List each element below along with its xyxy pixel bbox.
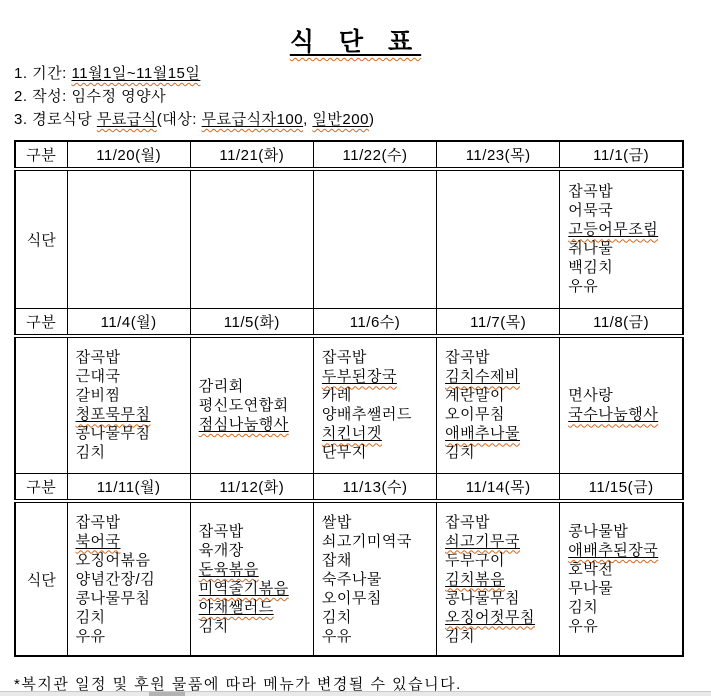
menu-item: 고등어무조림: [568, 220, 678, 239]
table-header-row: 구분11/20(월)11/21(화)11/22(수)11/23(목)11/1(금…: [15, 141, 683, 169]
corner-header-cell: 구분: [15, 141, 67, 169]
text: 카레: [322, 387, 352, 404]
menu-item: 잡곡밥: [445, 513, 555, 532]
text: 오징어볶음: [76, 552, 151, 569]
text: 3. 경로식당: [14, 111, 97, 128]
date-header-cell: 11/14(목): [437, 473, 560, 501]
underlined-text: 무료급식: [97, 111, 157, 128]
menu-row: 식단잡곡밥어묵국고등어무조림취나물백김치우유: [15, 169, 683, 308]
underlined-text: 두부된장국: [322, 368, 397, 385]
menu-item: 우유: [76, 627, 186, 646]
text: 어묵국: [568, 202, 613, 219]
date-header-cell: 11/21(화): [190, 141, 313, 169]
text: 잡곡밥: [322, 349, 367, 366]
note-line: 1. 기간: 11월1일~11월15일: [14, 62, 374, 85]
text: 오이무침: [322, 590, 382, 607]
menu-item: 카레: [322, 386, 432, 405]
date-header-cell: 11/4(월): [67, 308, 190, 336]
menu-item: 콩나물무침: [76, 424, 186, 443]
underlined-text: 치킨너겟: [322, 425, 382, 442]
date-header-cell: 11/7(목): [437, 308, 560, 336]
menu-cell: 잡곡밥근대국갈비찜청포묵무침콩나물무침김치: [67, 336, 190, 473]
menu-item: 김치수제비: [445, 367, 555, 386]
menu-cell: 잡곡밥쇠고기무국두부구이김치볶음콩나물무침오징어젓무침김치: [437, 501, 560, 656]
text: 백김치: [568, 259, 613, 276]
table-header-row: 구분11/4(월)11/5(화)11/6수)11/7(목)11/8(금): [15, 308, 683, 336]
menu-item: 갈비찜: [76, 386, 186, 405]
menu-cell: 면사랑국수나눔행사: [560, 336, 683, 473]
corner-header-cell: 구분: [15, 308, 67, 336]
row-label-cell: 식단: [15, 169, 67, 308]
corner-header-cell: 구분: [15, 473, 67, 501]
text: 잡곡밥: [76, 514, 121, 531]
menu-item: 양배추쌜러드: [322, 405, 432, 424]
menu-item: 잡곡밥: [322, 348, 432, 367]
text: 2. 작성: 임수정 영양사: [14, 88, 166, 105]
menu-item: 우유: [568, 617, 678, 636]
menu-item: 어묵국: [568, 201, 678, 220]
menu-item: 평신도연합회: [199, 396, 309, 415]
text: 1. 기간:: [14, 65, 72, 82]
menu-item: 김치: [445, 627, 555, 646]
text: 우유: [76, 628, 106, 645]
text: 김치: [322, 609, 352, 626]
menu-cell: 잡곡밥김치수제비계란말이오이무침애배추나물김치: [437, 336, 560, 473]
text: 잡곡밥: [568, 183, 613, 200]
menu-item: 오징어젓무침: [445, 608, 555, 627]
text: 양배추쌜러드: [322, 406, 412, 423]
date-header-cell: 11/13(수): [313, 473, 436, 501]
underlined-text: 오징어젓무침: [445, 609, 535, 626]
text: 우유: [568, 278, 598, 295]
menu-item: 백김치: [568, 258, 678, 277]
menu-item: 점심나눔행사: [199, 415, 309, 434]
menu-cell: 잡곡밥북어국오징어볶음양념간장/김콩나물무침김치우유: [67, 501, 190, 656]
menu-item: 육개장: [199, 541, 309, 560]
text: 근대국: [76, 368, 121, 385]
text: 잡곡밥: [199, 523, 244, 540]
text: 두부구이: [445, 552, 505, 569]
menu-item: 오이무침: [322, 589, 432, 608]
menu-item: 치킨너겟: [322, 424, 432, 443]
menu-item: 잡곡밥: [445, 348, 555, 367]
menu-item: 오징어볶음: [76, 551, 186, 570]
date-header-cell: 11/23(목): [437, 141, 560, 169]
text: 콩나물무침: [445, 590, 520, 607]
menu-item: 근대국: [76, 367, 186, 386]
date-header-cell: 11/12(화): [190, 473, 313, 501]
text: 단무지: [322, 444, 367, 461]
menu-item: 우유: [568, 277, 678, 296]
menu-item: 숙주나물: [322, 570, 432, 589]
text: 우유: [568, 618, 598, 635]
menu-row: 식단잡곡밥북어국오징어볶음양념간장/김콩나물무침김치우유잡곡밥육개장돈육볶음미역…: [15, 501, 683, 656]
menu-item: 김치: [76, 443, 186, 462]
menu-cell: [190, 169, 313, 308]
menu-item: 잡곡밥: [76, 348, 186, 367]
date-header-cell: 11/15(금): [560, 473, 683, 501]
date-header-cell: 11/20(월): [67, 141, 190, 169]
menu-item: 잡곡밥: [76, 513, 186, 532]
menu-item: 단무지: [322, 443, 432, 462]
menu-cell: [67, 169, 190, 308]
text: 호박전: [568, 561, 613, 578]
underlined-text: 애배추된장국: [568, 542, 658, 559]
menu-item: 김치: [322, 608, 432, 627]
menu-item: 잡곡밥: [568, 182, 678, 201]
text: 평신도연합회: [199, 397, 289, 414]
text: 김치: [76, 444, 106, 461]
text: 쌀밥: [322, 514, 352, 531]
menu-item: 야채쌜러드: [199, 598, 309, 617]
date-header-cell: 11/22(수): [313, 141, 436, 169]
menu-item: 두부된장국: [322, 367, 432, 386]
menu-item: 면사랑: [568, 386, 678, 405]
text: 잡곡밥: [445, 349, 490, 366]
menu-item: 쇠고기미역국: [322, 532, 432, 551]
menu-item: 애배추된장국: [568, 541, 678, 560]
date-header-cell: 11/5(화): [190, 308, 313, 336]
date-header-cell: 11/8(금): [560, 308, 683, 336]
page-title-wrap: 식 단 표: [0, 22, 711, 58]
text: 갈비찜: [76, 387, 121, 404]
text: 우유: [322, 628, 352, 645]
document-page: 식 단 표 1. 기간: 11월1일~11월15일2. 작성: 임수정 영양사3…: [0, 0, 711, 696]
menu-row: 잡곡밥근대국갈비찜청포묵무침콩나물무침김치감리회평신도연합회점심나눔행사잡곡밥두…: [15, 336, 683, 473]
text: 콩나물밥: [568, 523, 628, 540]
underlined-text: 고등어무조림: [568, 221, 658, 238]
text: 면사랑: [568, 387, 613, 404]
text: 감리회: [199, 378, 244, 395]
underlined-text: 미역줄기볶음: [199, 580, 289, 597]
text: 김치: [199, 618, 229, 635]
menu-cell: 잡곡밥육개장돈육볶음미역줄기볶음야채쌜러드김치: [190, 501, 313, 656]
underlined-text: 북어국: [76, 533, 121, 550]
text: 무나물: [568, 580, 613, 597]
table-header-row: 구분11/11(월)11/12(화)11/13(수)11/14(목)11/15(…: [15, 473, 683, 501]
menu-item: 김치: [199, 617, 309, 636]
menu-item: 취나물: [568, 239, 678, 258]
window-bottom-edge: [0, 691, 711, 696]
underlined-text: 청포묵무침: [76, 406, 151, 423]
menu-table-wrap: 구분11/20(월)11/21(화)11/22(수)11/23(목)11/1(금…: [14, 140, 684, 657]
menu-item: 두부구이: [445, 551, 555, 570]
menu-item: 돈육볶음: [199, 560, 309, 579]
menu-item: 김치: [445, 443, 555, 462]
menu-cell: 감리회평신도연합회점심나눔행사: [190, 336, 313, 473]
menu-item: 김치: [568, 598, 678, 617]
menu-cell: [313, 169, 436, 308]
menu-item: 호박전: [568, 560, 678, 579]
menu-item: 오이무침: [445, 405, 555, 424]
date-header-cell: 11/6수): [313, 308, 436, 336]
underlined-text: 돈육볶음: [199, 561, 259, 578]
menu-item: 청포묵무침: [76, 405, 186, 424]
menu-cell: 쌀밥쇠고기미역국잡채숙주나물오이무침김치우유: [313, 501, 436, 656]
menu-item: 잡채: [322, 551, 432, 570]
menu-cell: 콩나물밥애배추된장국호박전무나물김치우유: [560, 501, 683, 656]
date-header-cell: 11/1(금): [560, 141, 683, 169]
text: 김치: [568, 599, 598, 616]
menu-item: 콩나물밥: [568, 522, 678, 541]
menu-item: 김치: [76, 608, 186, 627]
underlined-text: 쇠고기무국: [445, 533, 520, 550]
underlined-text: 김치볶음: [445, 571, 505, 588]
menu-item: 계란말이: [445, 386, 555, 405]
note-line: 3. 경로식당 무료급식(대상: 무료급식자100, 일반200): [14, 108, 374, 131]
text: 육개장: [199, 542, 244, 559]
menu-cell: 잡곡밥두부된장국카레양배추쌜러드치킨너겟단무지: [313, 336, 436, 473]
underlined-text: 무료급식자100: [202, 111, 303, 128]
menu-cell: 잡곡밥어묵국고등어무조림취나물백김치우유: [560, 169, 683, 308]
text: 잡채: [322, 552, 352, 569]
underlined-text: 점심나눔행사: [199, 416, 289, 433]
menu-item: 국수나눔행사: [568, 405, 678, 424]
text: 양념간장/김: [76, 571, 156, 588]
menu-item: 미역줄기볶음: [199, 579, 309, 598]
menu-item: 김치볶음: [445, 570, 555, 589]
menu-item: 양념간장/김: [76, 570, 186, 589]
text: 숙주나물: [322, 571, 382, 588]
underlined-text: 야채쌜러드: [199, 599, 274, 616]
menu-cell: [437, 169, 560, 308]
menu-table-body: 구분11/20(월)11/21(화)11/22(수)11/23(목)11/1(금…: [15, 141, 683, 656]
text: 김치: [76, 609, 106, 626]
menu-item: 쇠고기무국: [445, 532, 555, 551]
text: 김치: [445, 444, 475, 461]
text: 오이무침: [445, 406, 505, 423]
underlined-text: 국수나눔행사: [568, 406, 658, 423]
text: 김치: [445, 628, 475, 645]
text: ): [369, 111, 375, 128]
text: 계란말이: [445, 387, 505, 404]
page-title: 식 단 표: [290, 22, 421, 58]
text: 콩나물무침: [76, 590, 151, 607]
row-label-cell: [15, 336, 67, 473]
row-label-cell: 식단: [15, 501, 67, 656]
menu-item: 쌀밥: [322, 513, 432, 532]
underlined-text: 김치수제비: [445, 368, 520, 385]
text: 잡곡밥: [445, 514, 490, 531]
text: 쇠고기미역국: [322, 533, 412, 550]
menu-item: 잡곡밥: [199, 522, 309, 541]
underlined-text: 11월1일~11월15일: [72, 65, 201, 82]
menu-item: 감리회: [199, 377, 309, 396]
menu-item: 콩나물무침: [445, 589, 555, 608]
text: 잡곡밥: [76, 349, 121, 366]
menu-item: 무나물: [568, 579, 678, 598]
menu-item: 콩나물무침: [76, 589, 186, 608]
underlined-text: 일반200: [312, 111, 369, 128]
note-line: 2. 작성: 임수정 영양사: [14, 85, 374, 108]
text: 콩나물무침: [76, 425, 151, 442]
date-header-cell: 11/11(월): [67, 473, 190, 501]
underlined-text: 애배추나물: [445, 425, 520, 442]
text: 취나물: [568, 240, 613, 257]
menu-item: 북어국: [76, 532, 186, 551]
scrollbar-thumb-fragment: [149, 692, 185, 696]
notes-list: 1. 기간: 11월1일~11월15일2. 작성: 임수정 영양사3. 경로식당…: [14, 62, 374, 131]
text: (대상:: [157, 111, 202, 128]
menu-item: 애배추나물: [445, 424, 555, 443]
menu-table: 구분11/20(월)11/21(화)11/22(수)11/23(목)11/1(금…: [14, 140, 684, 657]
menu-item: 우유: [322, 627, 432, 646]
